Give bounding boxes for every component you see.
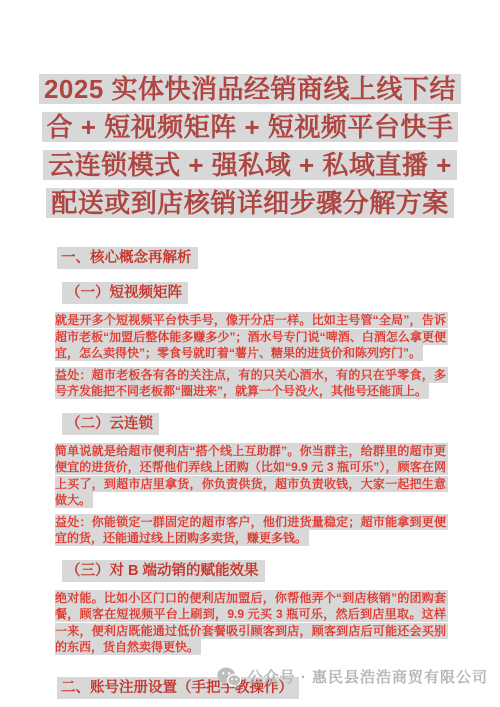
title-line-1: 2025 实体快消品经销商线上线下结	[39, 74, 461, 104]
subsection-heading-cloud-chain: （二）云连锁	[62, 413, 159, 435]
title-line-2: 合 + 短视频矩阵 + 短视频平台快手	[42, 112, 459, 142]
subsection-heading-b2b-enablement: （三）对 B 端动销的赋能效果	[62, 560, 265, 582]
watermark-footer: 公众号 · 惠民县浩浩商贸有限公司	[217, 666, 488, 687]
highlighted-text: 绝对能。比如小区门口的便利店加盟后，你帮他弄个“到店核销”的团购套餐，顾客在短视…	[55, 590, 448, 656]
document-body: 一、核心概念再解析 （一）短视频矩阵 就是开多个短视频平台快手号，像开分店一样。…	[0, 247, 500, 699]
paragraph-video-matrix-benefit: 益处：超市老板各有各的关注点，有的只关心酒水，有的只在乎零食，多号齐发能把不同老…	[55, 367, 448, 400]
highlighted-text: 益处：你能锁定一群固定的超市客户，他们进货量稳定；超市能拿到更便宜的货，还能通过…	[55, 514, 448, 547]
document-title: 2025 实体快消品经销商线上线下结 合 + 短视频矩阵 + 短视频平台快手 云…	[0, 0, 500, 226]
highlighted-text: 就是开多个短视频平台快手号，像开分店一样。比如主号管“全局”，告诉超市老板“加盟…	[55, 312, 448, 361]
highlighted-text: 益处：超市老板各有各的关注点，有的只关心酒水，有的只在乎零食，多号齐发能把不同老…	[55, 367, 448, 400]
paragraph-video-matrix-definition: 就是开多个短视频平台快手号，像开分店一样。比如主号管“全局”，告诉超市老板“加盟…	[55, 312, 448, 362]
subsection-heading-video-matrix: （一）短视频矩阵	[62, 282, 188, 304]
title-line-4: 配送或到店核销详细步骤分解方案	[46, 188, 454, 218]
paragraph-cloud-chain-definition: 简单说就是给超市便利店“搭个线上互助群”。你当群主，给群里的超市更便宜的进货价，…	[55, 443, 448, 509]
wechat-icon	[217, 667, 241, 687]
paragraph-cloud-chain-benefit: 益处：你能锁定一群固定的超市客户，他们进货量稳定；超市能拿到更便宜的货，还能通过…	[55, 514, 448, 547]
section-heading-core-concepts: 一、核心概念再解析	[57, 247, 198, 269]
paragraph-b2b-enablement: 绝对能。比如小区门口的便利店加盟后，你帮他弄个“到店核销”的团购套餐，顾客在短视…	[55, 590, 448, 656]
document-page: 2025 实体快消品经销商线上线下结 合 + 短视频矩阵 + 短视频平台快手 云…	[0, 0, 500, 707]
watermark-text: 公众号 · 惠民县浩浩商贸有限公司	[248, 666, 488, 687]
title-line-3: 云连锁模式 + 强私域 + 私域直播 +	[43, 150, 457, 180]
highlighted-text: 简单说就是给超市便利店“搭个线上互助群”。你当群主，给群里的超市更便宜的进货价，…	[55, 443, 448, 509]
